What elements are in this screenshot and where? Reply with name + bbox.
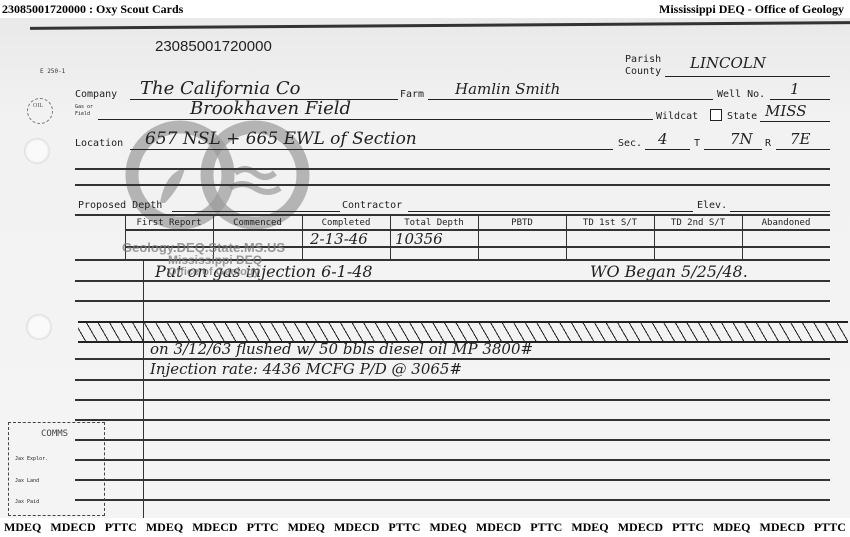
company-value: The California Co (140, 78, 301, 99)
r-value: 7E (790, 130, 811, 148)
contractor-label: Contractor (342, 200, 402, 211)
footer-item: MDEQ (571, 520, 608, 537)
field-label-1: Gas or (75, 104, 93, 110)
footer-item: PTTC (105, 520, 137, 537)
well-no-label: Well No. (717, 89, 765, 100)
footer-item: PTTC (530, 520, 562, 537)
t-value: 7N (730, 130, 753, 148)
elev-label: Elev. (697, 200, 727, 211)
punch-hole (26, 314, 52, 340)
footer-item: MDEQ (146, 520, 183, 537)
state-value: MISS (765, 102, 807, 120)
field-label-2: Field (75, 111, 90, 117)
remark-3: Injection rate: 4436 MCFG P/D @ 3065# (150, 360, 462, 378)
watermark-geology: Office of Geology (168, 266, 260, 278)
field-value: Brookhaven Field (190, 98, 351, 119)
well-no-value: 1 (790, 80, 800, 98)
card-edge (30, 21, 850, 30)
footer-item: MDECD (50, 520, 95, 537)
footer-item: MDECD (334, 520, 379, 537)
page-header: 23085001720000 : Oxy Scout Cards Mississ… (0, 0, 850, 18)
oil-stamp: OIL (27, 98, 53, 124)
watermark-mdeq: Mississippi DEQ (168, 253, 262, 267)
comms-row: Jax Land (15, 478, 39, 484)
scout-card-image: OIL 23085001720000 E 250-1 Parish County… (0, 18, 850, 518)
total-depth-value: 10356 (395, 230, 443, 248)
remark-1-right: WO Began 5/25/48. (590, 262, 748, 281)
county-label: County (625, 66, 661, 77)
footer-item: PTTC (672, 520, 704, 537)
wildcat-checkbox[interactable] (710, 109, 722, 121)
footer-item: MDEQ (713, 520, 750, 537)
comms-row: Jax Explor. (15, 456, 48, 462)
footer-item: PTTC (814, 520, 846, 537)
comms-row: Jax Paid (15, 499, 39, 505)
footer-item: MDEQ (288, 520, 325, 537)
location-label: Location (75, 138, 123, 149)
wildcat-label: Wildcat (656, 111, 698, 122)
col-td-2nd: TD 2nd S/T (654, 218, 742, 228)
sec-label: Sec. (618, 138, 642, 149)
farm-label: Farm (400, 89, 424, 100)
location-value: 657 NSL + 665 EWL of Section (145, 129, 417, 149)
completed-value: 2-13-46 (310, 230, 368, 248)
card-number: 23085001720000 (155, 38, 272, 55)
t-label: T (694, 138, 700, 149)
col-commenced: Commenced (213, 218, 302, 228)
footer-item: PTTC (388, 520, 420, 537)
footer-item: MDEQ (4, 520, 41, 537)
company-label: Company (75, 89, 117, 100)
col-completed: Completed (302, 218, 390, 228)
county-value: LINCOLN (690, 54, 766, 72)
footer-strip: MDEQ MDECD PTTC MDEQ MDECD PTTC MDEQ MDE… (0, 520, 850, 537)
header-left-title: 23085001720000 : Oxy Scout Cards (2, 0, 183, 18)
header-right-title: Mississippi DEQ - Office of Geology (659, 0, 844, 18)
comms-box: COMMS Jax Explor. Jax Land Jax Paid (8, 422, 105, 516)
footer-item: MDECD (760, 520, 805, 537)
col-first-report: First Report (125, 218, 213, 228)
footer-item: MDECD (476, 520, 521, 537)
farm-value: Hamlin Smith (455, 80, 560, 98)
footer-item: MDEQ (429, 520, 466, 537)
col-td-1st: TD 1st S/T (566, 218, 654, 228)
remark-2: on 3/12/63 flushed w/ 50 bbls diesel oil… (150, 340, 533, 358)
col-abandoned: Abandoned (742, 218, 830, 228)
r-label: R (765, 138, 771, 149)
proposed-depth-label: Proposed Depth (78, 200, 162, 211)
col-pbtd: PBTD (478, 218, 566, 228)
comms-title: COMMS (41, 429, 68, 439)
footer-item: MDECD (192, 520, 237, 537)
footer-item: PTTC (247, 520, 279, 537)
col-total-depth: Total Depth (390, 218, 478, 228)
punch-hole (24, 138, 50, 164)
footer-item: MDECD (618, 520, 663, 537)
sec-value: 4 (658, 130, 668, 148)
state-label: State (727, 111, 757, 122)
parish-label: Parish (625, 54, 661, 65)
form-number: E 250-1 (40, 68, 65, 75)
